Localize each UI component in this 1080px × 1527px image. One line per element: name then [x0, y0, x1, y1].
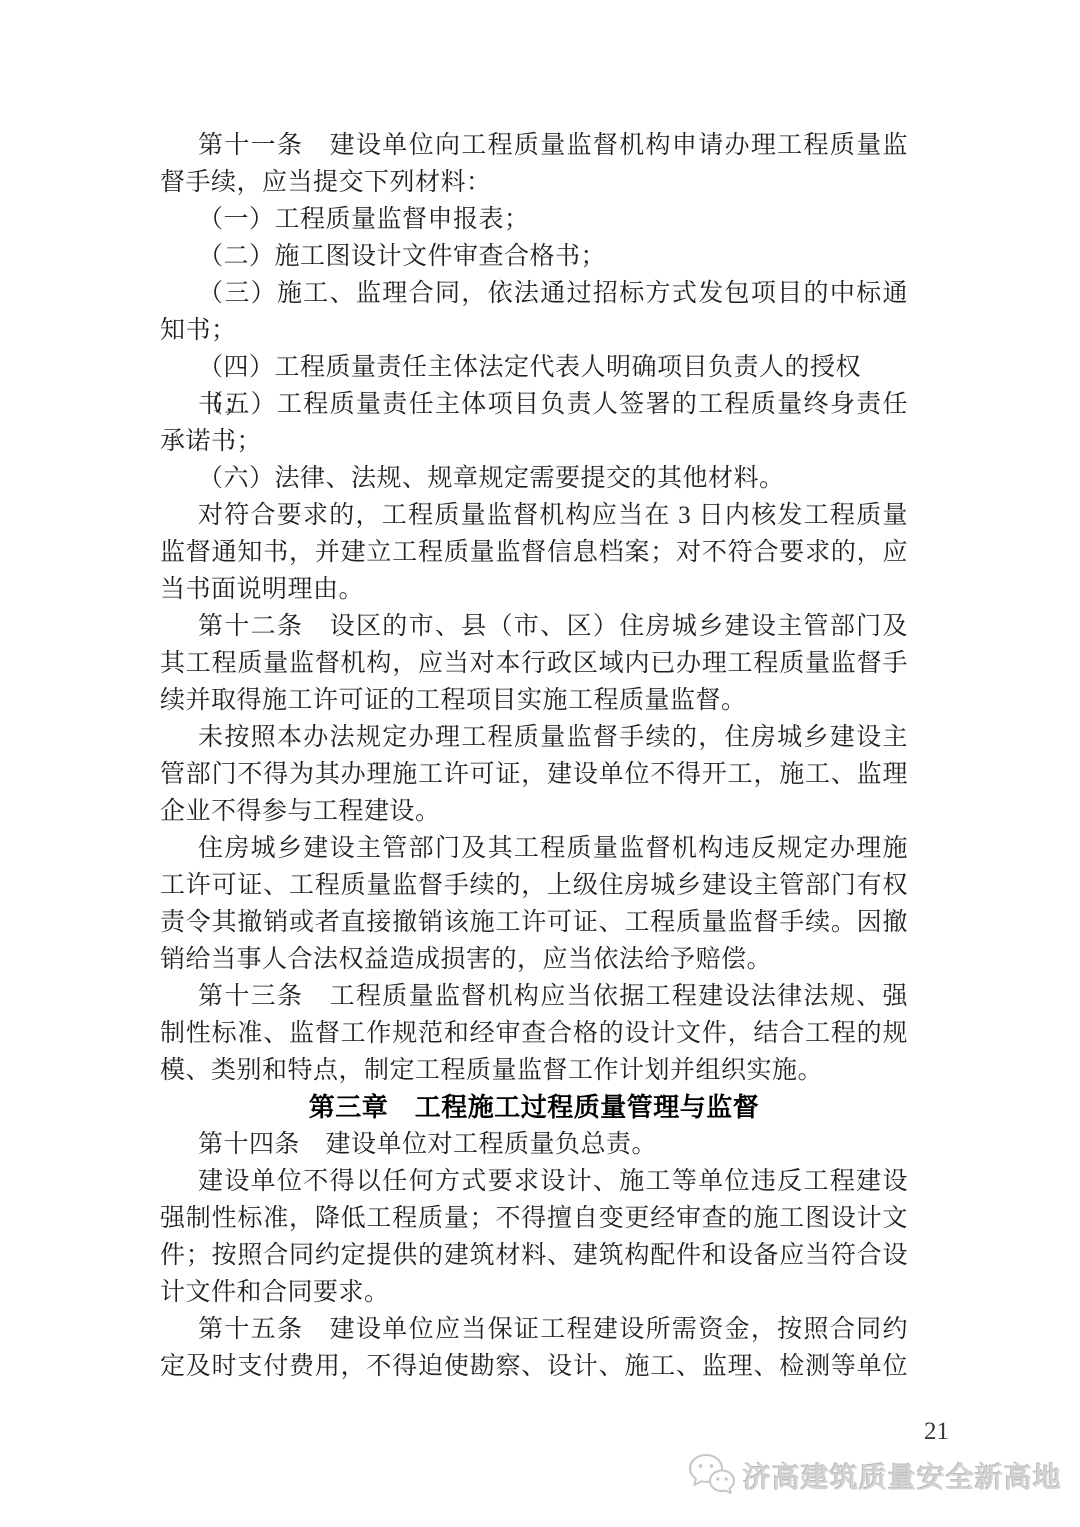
text-line: （五）工程质量责任主体项目负责人签署的工程质量终身责任 — [160, 386, 908, 423]
text-line: 第十一条 建设单位向工程质量监督机构申请办理工程质量监 — [160, 127, 908, 164]
text-line: 第十二条 设区的市、县（市、区）住房城乡建设主管部门及 — [160, 608, 908, 645]
text-line: 知书； — [160, 312, 908, 349]
text-line: 当书面说明理由。 — [160, 571, 908, 608]
text-line: （四）工程质量责任主体法定代表人明确项目负责人的授权书； — [160, 349, 908, 386]
paragraph: （五）工程质量责任主体项目负责人签署的工程质量终身责任承诺书； — [160, 386, 908, 460]
text-line: 承诺书； — [160, 423, 908, 460]
text-line: 管部门不得为其办理施工许可证，建设单位不得开工，施工、监理 — [160, 756, 908, 793]
paragraph: 建设单位不得以任何方式要求设计、施工等单位违反工程建设强制性标准，降低工程质量；… — [160, 1163, 908, 1311]
paragraph: （二）施工图设计文件审查合格书； — [160, 238, 908, 275]
watermark-text: 济高建筑质量安全新高地 — [743, 1456, 1062, 1496]
paragraph: 第十四条 建设单位对工程质量负总责。 — [160, 1126, 908, 1163]
paragraph: （六）法律、法规、规章规定需要提交的其他材料。 — [160, 460, 908, 497]
paragraph: （一）工程质量监督申报表； — [160, 201, 908, 238]
text-line: 住房城乡建设主管部门及其工程质量监督机构违反规定办理施 — [160, 830, 908, 867]
text-line: 责令其撤销或者直接撤销该施工许可证、工程质量监督手续。因撤 — [160, 904, 908, 941]
text-line: （六）法律、法规、规章规定需要提交的其他材料。 — [160, 460, 908, 497]
paragraph: 住房城乡建设主管部门及其工程质量监督机构违反规定办理施工许可证、工程质量监督手续… — [160, 830, 908, 978]
paragraph: 未按照本办法规定办理工程质量监督手续的，住房城乡建设主管部门不得为其办理施工许可… — [160, 719, 908, 830]
paragraph: 第十一条 建设单位向工程质量监督机构申请办理工程质量监督手续，应当提交下列材料： — [160, 127, 908, 201]
text-line: 件；按照合同约定提供的建筑材料、建筑构配件和设备应当符合设 — [160, 1237, 908, 1274]
text-line: 销给当事人合法权益造成损害的，应当依法给予赔偿。 — [160, 941, 908, 978]
text-line: 建设单位不得以任何方式要求设计、施工等单位违反工程建设 — [160, 1163, 908, 1200]
paragraph: 第十二条 设区的市、县（市、区）住房城乡建设主管部门及其工程质量监督机构，应当对… — [160, 608, 908, 719]
paragraph: 第十五条 建设单位应当保证工程建设所需资金，按照合同约定及时支付费用，不得迫使勘… — [160, 1311, 908, 1385]
text-line: 其工程质量监督机构，应当对本行政区域内已办理工程质量监督手 — [160, 645, 908, 682]
text-line: （三）施工、监理合同，依法通过招标方式发包项目的中标通 — [160, 275, 908, 312]
text-line: 计文件和合同要求。 — [160, 1274, 908, 1311]
text-line: 督手续，应当提交下列材料： — [160, 164, 908, 201]
document-page: 第十一条 建设单位向工程质量监督机构申请办理工程质量监督手续，应当提交下列材料：… — [0, 0, 1080, 1527]
paragraph: 第十三条 工程质量监督机构应当依据工程建设法律法规、强制性标准、监督工作规范和经… — [160, 978, 908, 1089]
text-line: 第十五条 建设单位应当保证工程建设所需资金，按照合同约 — [160, 1311, 908, 1348]
text-line: （一）工程质量监督申报表； — [160, 201, 908, 238]
text-line: 强制性标准，降低工程质量；不得擅自变更经审查的施工图设计文 — [160, 1200, 908, 1237]
text-line: 续并取得施工许可证的工程项目实施工程质量监督。 — [160, 682, 908, 719]
chapter-heading: 第三章 工程施工过程质量管理与监督 — [160, 1089, 908, 1126]
text-line: 制性标准、监督工作规范和经审查合格的设计文件，结合工程的规 — [160, 1015, 908, 1052]
page-number: 21 — [924, 1417, 974, 1447]
text-line: 第十四条 建设单位对工程质量负总责。 — [160, 1126, 908, 1163]
text-line: 第十三条 工程质量监督机构应当依据工程建设法律法规、强 — [160, 978, 908, 1015]
paragraph: （四）工程质量责任主体法定代表人明确项目负责人的授权书； — [160, 349, 908, 386]
text-line: （二）施工图设计文件审查合格书； — [160, 238, 908, 275]
paragraph: （三）施工、监理合同，依法通过招标方式发包项目的中标通知书； — [160, 275, 908, 349]
heading-line: 第三章 工程施工过程质量管理与监督 — [160, 1089, 908, 1126]
document-body: 第十一条 建设单位向工程质量监督机构申请办理工程质量监督手续，应当提交下列材料：… — [160, 127, 908, 1385]
text-line: 未按照本办法规定办理工程质量监督手续的，住房城乡建设主 — [160, 719, 908, 756]
paragraph: 对符合要求的，工程质量监督机构应当在 3 日内核发工程质量监督通知书，并建立工程… — [160, 497, 908, 608]
wechat-icon — [688, 1453, 736, 1499]
text-line: 监督通知书，并建立工程质量监督信息档案；对不符合要求的，应 — [160, 534, 908, 571]
text-line: 企业不得参与工程建设。 — [160, 793, 908, 830]
text-line: 对符合要求的，工程质量监督机构应当在 3 日内核发工程质量 — [160, 497, 908, 534]
watermark: 济高建筑质量安全新高地 — [688, 1450, 1062, 1502]
text-line: 模、类别和特点，制定工程质量监督工作计划并组织实施。 — [160, 1052, 908, 1089]
text-line: 定及时支付费用，不得迫使勘察、设计、施工、监理、检测等单位 — [160, 1348, 908, 1385]
text-line: 工许可证、工程质量监督手续的，上级住房城乡建设主管部门有权 — [160, 867, 908, 904]
